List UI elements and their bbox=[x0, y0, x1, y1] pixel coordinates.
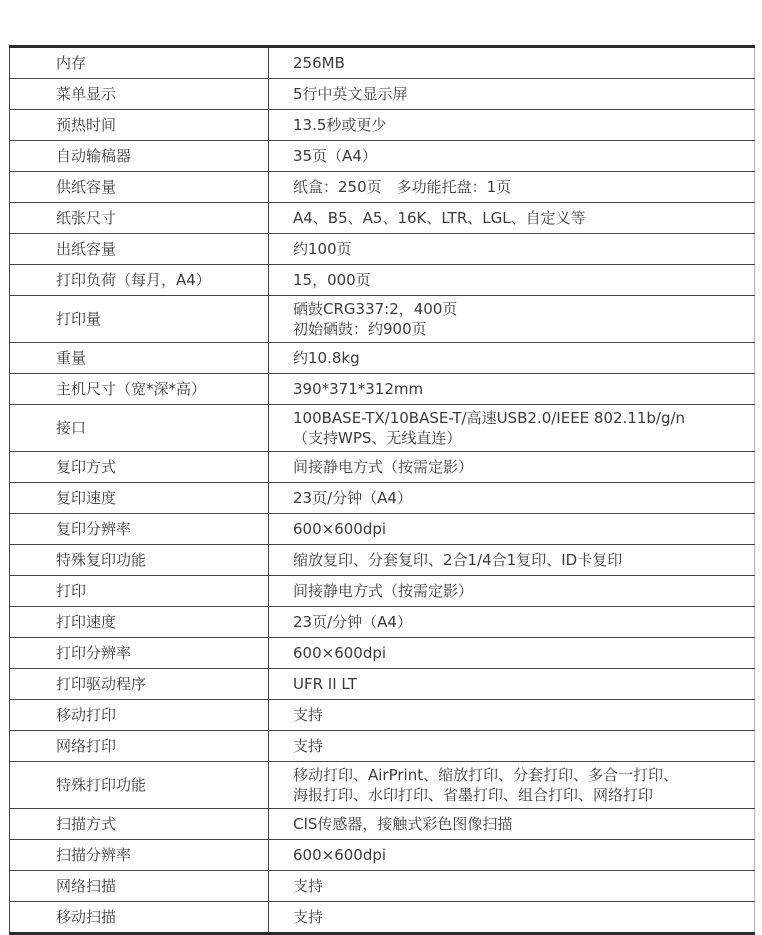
spec-row: 特殊打印功能 移动打印、AirPrint、缩放打印、分套打印、多合一打印、 海报… bbox=[10, 762, 755, 809]
spec-row: 移动扫描 支持 bbox=[10, 902, 755, 934]
spec-label: 打印量 bbox=[10, 296, 269, 343]
spec-label: 复印速度 bbox=[10, 483, 269, 514]
spec-label: 打印驱动程序 bbox=[10, 669, 269, 700]
spec-value: UFR II LT bbox=[269, 669, 755, 700]
spec-value: 23页/分钟（A4） bbox=[269, 607, 755, 638]
spec-value: 约100页 bbox=[269, 234, 755, 265]
spec-row: 主机尺寸（宽*深*高） 390*371*312mm bbox=[10, 374, 755, 405]
spec-row: 内存 256MB bbox=[10, 47, 755, 79]
spec-row: 复印方式 间接静电方式（按需定影） bbox=[10, 452, 755, 483]
spec-label: 扫描分辨率 bbox=[10, 840, 269, 871]
spec-label: 预热时间 bbox=[10, 110, 269, 141]
spec-value: 390*371*312mm bbox=[269, 374, 755, 405]
spec-row: 菜单显示 5行中英文显示屏 bbox=[10, 79, 755, 110]
spec-row: 复印分辨率 600×600dpi bbox=[10, 514, 755, 545]
spec-row: 复印速度 23页/分钟（A4） bbox=[10, 483, 755, 514]
spec-label: 打印负荷（每月，A4） bbox=[10, 265, 269, 296]
spec-label: 特殊复印功能 bbox=[10, 545, 269, 576]
spec-label: 打印 bbox=[10, 576, 269, 607]
spec-value: 600×600dpi bbox=[269, 840, 755, 871]
spec-value: 15，000页 bbox=[269, 265, 755, 296]
spec-value: 支持 bbox=[269, 731, 755, 762]
spec-label: 网络打印 bbox=[10, 731, 269, 762]
spec-row: 打印分辨率 600×600dpi bbox=[10, 638, 755, 669]
spec-value: 缩放复印、分套复印、2合1/4合1复印、ID卡复印 bbox=[269, 545, 755, 576]
spec-label: 接口 bbox=[10, 405, 269, 452]
spec-value: 35页（A4） bbox=[269, 141, 755, 172]
spec-row: 扫描方式 CIS传感器，接触式彩色图像扫描 bbox=[10, 809, 755, 840]
spec-value: 23页/分钟（A4） bbox=[269, 483, 755, 514]
spec-label: 复印方式 bbox=[10, 452, 269, 483]
spec-value: 600×600dpi bbox=[269, 514, 755, 545]
spec-value: 支持 bbox=[269, 902, 755, 934]
spec-label: 打印分辨率 bbox=[10, 638, 269, 669]
spec-label: 打印速度 bbox=[10, 607, 269, 638]
spec-value: 600×600dpi bbox=[269, 638, 755, 669]
spec-row: 预热时间 13.5秒或更少 bbox=[10, 110, 755, 141]
spec-value: 移动打印、AirPrint、缩放打印、分套打印、多合一打印、 海报打印、水印打印… bbox=[269, 762, 755, 809]
spec-row: 网络打印 支持 bbox=[10, 731, 755, 762]
spec-value: 100BASE-TX/10BASE-T/高速USB2.0/IEEE 802.11… bbox=[269, 405, 755, 452]
spec-label: 特殊打印功能 bbox=[10, 762, 269, 809]
spec-label: 供纸容量 bbox=[10, 172, 269, 203]
spec-value: 纸盒：250页 多功能托盘：1页 bbox=[269, 172, 755, 203]
spec-value: 间接静电方式（按需定影） bbox=[269, 576, 755, 607]
spec-row: 出纸容量 约100页 bbox=[10, 234, 755, 265]
spec-label: 复印分辨率 bbox=[10, 514, 269, 545]
spec-label: 纸张尺寸 bbox=[10, 203, 269, 234]
spec-label: 移动打印 bbox=[10, 700, 269, 731]
spec-row: 打印驱动程序 UFR II LT bbox=[10, 669, 755, 700]
spec-table: 内存 256MB 菜单显示 5行中英文显示屏 预热时间 13.5秒或更少 自动输… bbox=[9, 45, 755, 935]
spec-label: 菜单显示 bbox=[10, 79, 269, 110]
spec-row: 打印量 硒鼓CRG337:2，400页 初始硒鼓：约900页 bbox=[10, 296, 755, 343]
spec-value: 硒鼓CRG337:2，400页 初始硒鼓：约900页 bbox=[269, 296, 755, 343]
spec-row: 打印速度 23页/分钟（A4） bbox=[10, 607, 755, 638]
spec-row: 移动打印 支持 bbox=[10, 700, 755, 731]
spec-row: 供纸容量 纸盒：250页 多功能托盘：1页 bbox=[10, 172, 755, 203]
spec-value: A4、B5、A5、16K、LTR、LGL、自定义等 bbox=[269, 203, 755, 234]
spec-label: 重量 bbox=[10, 343, 269, 374]
spec-value: 间接静电方式（按需定影） bbox=[269, 452, 755, 483]
spec-value: CIS传感器，接触式彩色图像扫描 bbox=[269, 809, 755, 840]
product-spec-page: 内存 256MB 菜单显示 5行中英文显示屏 预热时间 13.5秒或更少 自动输… bbox=[0, 0, 762, 850]
spec-value: 支持 bbox=[269, 871, 755, 902]
spec-value: 256MB bbox=[269, 47, 755, 79]
spec-row: 自动输稿器 35页（A4） bbox=[10, 141, 755, 172]
spec-label: 自动输稿器 bbox=[10, 141, 269, 172]
spec-value: 13.5秒或更少 bbox=[269, 110, 755, 141]
spec-label: 内存 bbox=[10, 47, 269, 79]
spec-row: 特殊复印功能 缩放复印、分套复印、2合1/4合1复印、ID卡复印 bbox=[10, 545, 755, 576]
spec-row: 重量 约10.8kg bbox=[10, 343, 755, 374]
spec-table-body: 内存 256MB 菜单显示 5行中英文显示屏 预热时间 13.5秒或更少 自动输… bbox=[10, 47, 755, 934]
spec-label: 网络扫描 bbox=[10, 871, 269, 902]
spec-label: 主机尺寸（宽*深*高） bbox=[10, 374, 269, 405]
spec-value: 5行中英文显示屏 bbox=[269, 79, 755, 110]
spec-row: 打印负荷（每月，A4） 15，000页 bbox=[10, 265, 755, 296]
spec-label: 扫描方式 bbox=[10, 809, 269, 840]
spec-value: 约10.8kg bbox=[269, 343, 755, 374]
spec-row: 纸张尺寸 A4、B5、A5、16K、LTR、LGL、自定义等 bbox=[10, 203, 755, 234]
spec-row: 网络扫描 支持 bbox=[10, 871, 755, 902]
spec-row: 扫描分辨率 600×600dpi bbox=[10, 840, 755, 871]
spec-value: 支持 bbox=[269, 700, 755, 731]
spec-label: 移动扫描 bbox=[10, 902, 269, 934]
spec-row: 打印 间接静电方式（按需定影） bbox=[10, 576, 755, 607]
spec-row: 接口 100BASE-TX/10BASE-T/高速USB2.0/IEEE 802… bbox=[10, 405, 755, 452]
spec-label: 出纸容量 bbox=[10, 234, 269, 265]
